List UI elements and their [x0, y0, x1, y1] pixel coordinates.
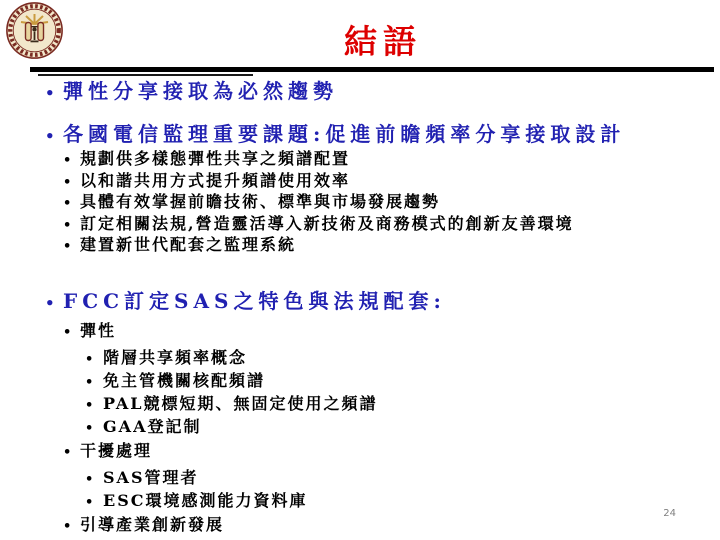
- bullet-dot-icon: •: [63, 151, 80, 171]
- bullet-dot-icon: •: [45, 81, 63, 105]
- bullet-row: •PAL競標短期、無固定使用之頻譜: [85, 393, 720, 416]
- bullet-text: 彈性: [80, 321, 116, 341]
- bullet-row: •訂定相關法規,營造靈活導入新技術及商務模式的創新友善環境: [63, 214, 720, 236]
- bullet-item-l3: •GAA登記制: [0, 416, 720, 439]
- bullet-row: •FCC訂定SAS之特色與法規配套:: [45, 289, 720, 315]
- bullet-item-l3: •PAL競標短期、無固定使用之頻譜: [0, 393, 720, 416]
- bullet-dot-icon: •: [63, 323, 80, 343]
- bullet-text: 彈性分享接取為必然趨勢: [63, 79, 338, 103]
- bullet-item-l2: •具體有效掌握前瞻技術、標準與市場發展趨勢: [0, 192, 720, 214]
- bullet-dot-icon: •: [63, 443, 80, 463]
- bullet-item-l1: •彈性分享接取為必然趨勢: [0, 79, 720, 105]
- bullet-text: 訂定相關法規,營造靈活導入新技術及商務模式的創新友善環境: [80, 214, 574, 234]
- bullet-row: •彈性分享接取為必然趨勢: [45, 79, 720, 105]
- bullet-dot-icon: •: [45, 291, 63, 315]
- bullet-item-l3: •免主管機關核配頻譜: [0, 370, 720, 393]
- bullet-text: 免主管機關核配頻譜: [103, 370, 265, 391]
- bullet-dot-icon: •: [85, 372, 103, 393]
- bullet-text: 以和諧共用方式提升頻譜使用效率: [80, 171, 350, 191]
- bullet-row: •具體有效掌握前瞻技術、標準與市場發展趨勢: [63, 192, 720, 214]
- bullet-item-l3: •ESC環境感測能力資料庫: [0, 490, 720, 513]
- bullet-text: 各國電信監理重要課題:促進前瞻頻率分享接取設計: [63, 122, 625, 146]
- bullet-row: •ESC環境感測能力資料庫: [85, 490, 720, 513]
- bullet-item-l3: •SAS管理者: [0, 467, 720, 490]
- bullet-row: •各國電信監理重要課題:促進前瞻頻率分享接取設計: [45, 122, 720, 148]
- bullet-dot-icon: •: [45, 124, 63, 148]
- bullet-text: 建置新世代配套之監理系統: [80, 235, 296, 255]
- bullet-text: 階層共享頻率概念: [103, 347, 247, 368]
- page-number: 24: [663, 508, 676, 519]
- title-underline: [30, 67, 714, 72]
- bullet-dot-icon: •: [85, 492, 103, 513]
- bullet-item-l2: •干擾處理•SAS管理者•ESC環境感測能力資料庫: [0, 441, 720, 513]
- bullet-row: •免主管機關核配頻譜: [85, 370, 720, 393]
- bullet-dot-icon: •: [63, 517, 80, 537]
- bullet-text: PAL競標短期、無固定使用之頻譜: [103, 393, 378, 414]
- bullet-row: •彈性: [63, 321, 720, 343]
- bullet-text: GAA登記制: [103, 416, 202, 437]
- bullet-item-l1: •各國電信監理重要課題:促進前瞻頻率分享接取設計•規劃供多樣態彈性共享之頻譜配置…: [0, 122, 720, 257]
- bullet-row: •SAS管理者: [85, 467, 720, 490]
- bullet-item-l2: •彈性•階層共享頻率概念•免主管機關核配頻譜•PAL競標短期、無固定使用之頻譜•…: [0, 321, 720, 439]
- bullet-row: •干擾處理: [63, 441, 720, 463]
- bullet-row: •GAA登記制: [85, 416, 720, 439]
- bullet-text: 引導產業創新發展: [80, 515, 224, 535]
- bullet-row: •階層共享頻率概念: [85, 347, 720, 370]
- bullet-dot-icon: •: [85, 469, 103, 490]
- bullet-dot-icon: •: [85, 395, 103, 416]
- bullet-dot-icon: •: [63, 194, 80, 214]
- bullet-item-l2: •建置新世代配套之監理系統: [0, 235, 720, 257]
- bullet-row: •建置新世代配套之監理系統: [63, 235, 720, 257]
- bullet-item-l2: •訂定相關法規,營造靈活導入新技術及商務模式的創新友善環境: [0, 214, 720, 236]
- bullet-dot-icon: •: [63, 216, 80, 236]
- bullet-item-l3: •階層共享頻率概念: [0, 347, 720, 370]
- bullet-text: 規劃供多樣態彈性共享之頻譜配置: [80, 149, 350, 169]
- bullet-content: •彈性分享接取為必然趨勢•各國電信監理重要課題:促進前瞻頻率分享接取設計•規劃供…: [0, 79, 720, 537]
- bullet-dot-icon: •: [85, 349, 103, 370]
- presentation-slide: 結語 •彈性分享接取為必然趨勢•各國電信監理重要課題:促進前瞻頻率分享接取設計•…: [0, 0, 720, 540]
- bullet-dot-icon: •: [85, 418, 103, 439]
- bullet-item-l2: •以和諧共用方式提升頻譜使用效率: [0, 171, 720, 193]
- bullet-text: SAS管理者: [103, 467, 199, 488]
- bullet-row: •引導產業創新發展: [63, 515, 720, 537]
- bullet-item-l2: •引導產業創新發展: [0, 515, 720, 537]
- bullet-item-l1: •FCC訂定SAS之特色與法規配套:•彈性•階層共享頻率概念•免主管機關核配頻譜…: [0, 289, 720, 537]
- bullet-row: •規劃供多樣態彈性共享之頻譜配置: [63, 149, 720, 171]
- bullet-dot-icon: •: [63, 173, 80, 193]
- title-underline-thin: [38, 74, 253, 76]
- slide-title: 結語: [23, 16, 720, 63]
- bullet-text: ESC環境感測能力資料庫: [103, 490, 308, 511]
- bullet-row: •以和諧共用方式提升頻譜使用效率: [63, 171, 720, 193]
- bullet-text: FCC訂定SAS之特色與法規配套:: [63, 289, 446, 313]
- bullet-dot-icon: •: [63, 237, 80, 257]
- bullet-item-l2: •規劃供多樣態彈性共享之頻譜配置: [0, 149, 720, 171]
- bullet-text: 具體有效掌握前瞻技術、標準與市場發展趨勢: [80, 192, 440, 212]
- bullet-text: 干擾處理: [80, 441, 152, 461]
